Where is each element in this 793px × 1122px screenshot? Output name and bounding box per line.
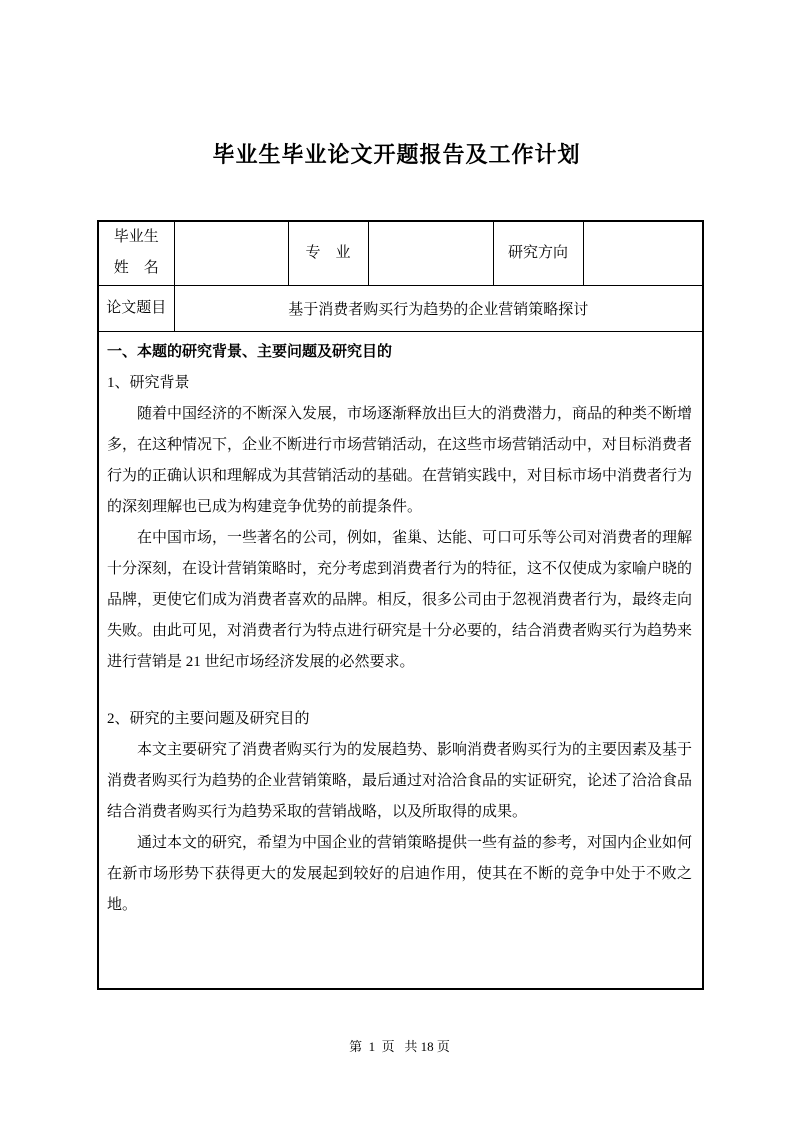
paragraph-research-background-1: 随着中国经济的不断深入发展，市场逐渐释放出巨大的消费潜力，商品的种类不断增多，在… [107,399,692,523]
table-row-content: 一、本题的研究背景、主要问题及研究目的 1、研究背景 随着中国经济的不断深入发展… [98,331,703,989]
major-label: 专 业 [288,221,368,285]
section-heading: 一、本题的研究背景、主要问题及研究目的 [107,337,692,368]
thesis-title-value: 基于消费者购买行为趋势的企业营销策略探讨 [174,285,703,331]
paragraph-research-background-2: 在中国市场，一些著名的公司，例如，雀巢、达能、可口可乐等公司对消费者的理解十分深… [107,523,692,678]
subsection-2-heading: 2、研究的主要问题及研究目的 [107,704,692,735]
student-name-value [174,221,288,285]
paragraph-research-purpose-1: 本文主要研究了消费者购买行为的发展趋势、影响消费者购买行为的主要因素及基于消费者… [107,735,692,828]
table-row-thesis-title: 论文题目 基于消费者购买行为趋势的企业营销策略探讨 [98,285,703,331]
content-cell: 一、本题的研究背景、主要问题及研究目的 1、研究背景 随着中国经济的不断深入发展… [98,331,703,989]
document-title: 毕业生毕业论文开题报告及工作计划 [0,0,793,168]
student-name-label: 毕业生 姓 名 [98,221,174,285]
research-direction-label: 研究方向 [493,221,583,285]
paragraph-research-purpose-2: 通过本文的研究，希望为中国企业的营销策略提供一些有益的参考，对国内企业如何在新市… [107,828,692,921]
subsection-1-heading: 1、研究背景 [107,368,692,399]
thesis-title-label: 论文题目 [98,285,174,331]
page-number: 第 1 页 共 18 页 [97,1036,702,1055]
major-value [368,221,493,285]
document-page: 毕业生毕业论文开题报告及工作计划 毕业生 姓 名 专 业 研究方向 论文题目 基… [0,0,793,1122]
research-direction-value [583,221,703,285]
table-row-student-info: 毕业生 姓 名 专 业 研究方向 [98,221,703,285]
thesis-info-table: 毕业生 姓 名 专 业 研究方向 论文题目 基于消费者购买行为趋势的企业营销策略… [97,220,704,990]
